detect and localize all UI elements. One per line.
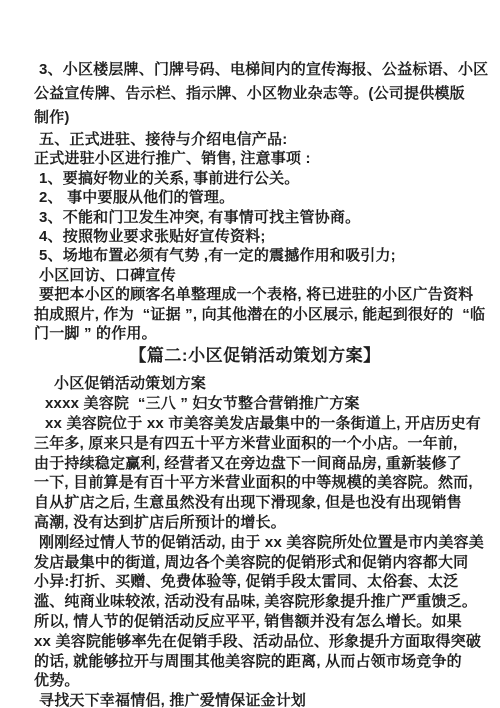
section-promotion-plan: 小区促销活动策划方案 xxxx 美容院 “三八 ” 妇女节整合营销推广方案 xx… [34,374,476,708]
doc-line: 五、正式进驻、接待与介绍电信产品: [34,130,476,149]
doc-line: 正式进驻小区进行推广、销售, 注意事项 : [34,149,476,168]
doc-line: 公益宣传牌、告示栏、指示牌、小区物业杂志等。(公司提供模版 [34,82,476,106]
paragraph-signage: 3、小区楼层牌、门牌号码、电梯间内的宣传海报、公益标语、小区 公益宣传牌、告示栏… [34,58,476,130]
document-page: 3、小区楼层牌、门牌号码、电梯间内的宣传海报、公益标语、小区 公益宣传牌、告示栏… [0,0,500,708]
doc-line: 3、小区楼层牌、门牌号码、电梯间内的宣传海报、公益标语、小区 [34,58,476,82]
doc-line: 小区回访、口碑宣传 [34,266,476,285]
doc-line: 寻找天下幸福情侣, 推广爱情保证金计划 [34,691,476,708]
doc-line: 刚刚经过情人节的促销活动, 由于 xx 美容院所处位置是市内美容美 [34,533,476,553]
doc-line: 要把本小区的顾客名单整理成一个表格, 将已进驻的小区广告资料 [34,285,476,304]
doc-line: 1、要搞好物业的关系, 事前进行公关。 [34,169,476,188]
doc-line: 由于持续稳定赢利, 经营者又在旁边盘下一间商品房, 重新装修了 [34,454,476,474]
doc-line: 2、 事中要服从他们的管理。 [34,188,476,207]
doc-line: 拍成照片, 作为 “证据 ”, 向其他潜在的小区展示, 能起到很好的 “临 [34,305,476,324]
doc-line: 制作) [34,106,476,130]
doc-line: 4、按照物业要求张贴好宣传资料; [34,227,476,246]
doc-line: 5、场地布置必须有气势 ,有一定的震撼作用和吸引力; [34,246,476,265]
doc-line: 3、不能和门卫发生冲突, 有事情可找主管协商。 [34,208,476,227]
doc-line: 门一脚 ” 的作用。 [34,324,476,343]
doc-line: 滥、纯商业味较浓, 活动没有品味, 美容院形象提升推广严重馈乏。 [34,592,476,612]
doc-line: 优势。 [34,671,476,691]
doc-line: 自从扩店之后, 生意虽然没有出现下滑现象, 但是也没有出现销售 [34,493,476,513]
doc-line: 三年多, 原来只是有四五十平方米营业面积的一个小店。一年前, [34,434,476,454]
doc-line: xxxx 美容院 “三八 ” 妇女节整合营销推广方案 [34,394,476,414]
section-entry-notes: 五、正式进驻、接待与介绍电信产品: 正式进驻小区进行推广、销售, 注意事项 : … [34,130,476,343]
doc-line: xx 美容院位于 xx 市美容美发店最集中的一条街道上, 开店历史有 [34,414,476,434]
doc-line: 小异:打折、买赠、免费体验等, 促销手段太雷同、太俗套、太泛 [34,572,476,592]
doc-section-heading: 【篇二:小区促销活动策划方案】 [34,343,476,369]
doc-line: 的话, 就能够拉开与周围其他美容院的距离, 从而占领市场竞争的 [34,652,476,672]
doc-line: 所以, 情人节的促销活动反应平平, 销售额并没有怎么增长。如果 [34,612,476,632]
doc-line: xx 美容院能够率先在促销手段、活动品位、形象提升方面取得突破 [34,632,476,652]
doc-line: 一下, 目前算是有百十平方米营业面积的中等规模的美容院。然而, [34,473,476,493]
doc-line: 高潮, 没有达到扩店后所预计的增长。 [34,513,476,533]
doc-line: 发店最集中的街道, 周边各个美容院的促销形式和促销内容都大同 [34,553,476,573]
doc-line: 小区促销活动策划方案 [34,374,476,394]
